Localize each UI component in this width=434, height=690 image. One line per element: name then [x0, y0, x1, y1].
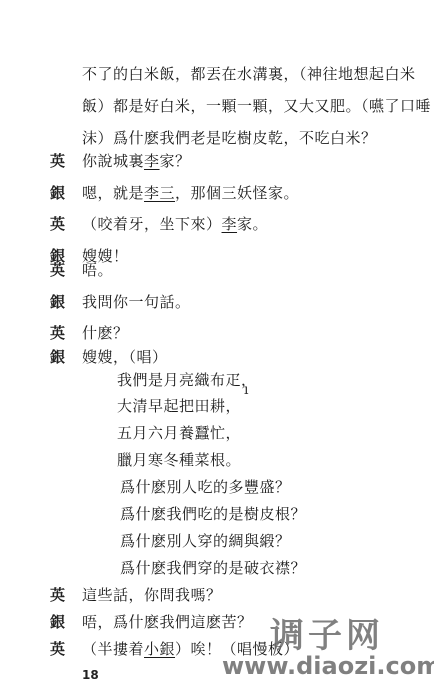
dialogue-text: 嗯，就是: [82, 184, 144, 202]
dialogue-text: ，那個三妖怪家。: [175, 184, 299, 202]
speaker-label: 英: [50, 260, 65, 280]
underlined-name: 李: [222, 215, 238, 233]
speaker-label: 銀: [50, 292, 65, 312]
verse-line-4: 臘月寒冬種菜根。: [117, 450, 241, 470]
verse-line-5: 爲什麽別人吃的多豐盛？: [120, 477, 291, 497]
watermark-url: www.diaozi.com: [222, 652, 434, 680]
dialogue-line: 嫂嫂，（唱）: [82, 347, 168, 367]
verse-line-1: 我們是月亮織布疋，: [117, 370, 257, 390]
dialogue-line: 你說城裏李家？: [82, 151, 191, 171]
dialogue-line: （咬着牙，坐下來）李家。: [82, 214, 268, 234]
speaker-label: 英: [50, 639, 65, 659]
dialogue-line: 什麽？: [82, 323, 129, 343]
speaker-label: 英: [50, 151, 65, 171]
page-number: 18: [82, 668, 99, 682]
dialogue-line: 唔，爲什麽我們這麽苦？: [82, 612, 253, 632]
score-page: 不了的白米飯，都丟在水溝裏，（神往地想起白米 飯）都是好白米，一顆一顆，又大又肥…: [0, 0, 434, 690]
dialogue-text: 家？: [160, 152, 191, 170]
dialogue-line: 嗯，就是李三，那個三妖怪家。: [82, 183, 299, 203]
verse-line-8: 爲什麽我們穿的是破衣襟？: [120, 558, 306, 578]
verse-line-2: 大清早起把田耕，: [117, 396, 241, 416]
dialogue-text: （咬着牙，坐下來）: [82, 215, 222, 233]
speaker-label: 英: [50, 323, 65, 343]
dialogue-line: 我問你一句話。: [82, 292, 191, 312]
watermark-logo-text: 调子网: [270, 608, 384, 657]
dialogue-text: 你說城裏: [82, 152, 144, 170]
speaker-label: 銀: [50, 612, 65, 632]
dialogue-line: 這些話，你問我嗎？: [82, 585, 222, 605]
verse-line-7: 爲什麽別人穿的綢與緞？: [120, 531, 291, 551]
underlined-name: 小銀: [144, 640, 175, 658]
speaker-label: 英: [50, 585, 65, 605]
verse-line-6: 爲什麽我們吃的是樹皮根？: [120, 504, 306, 524]
speaker-label: 銀: [50, 347, 65, 367]
dialogue-line: 唔。: [82, 260, 113, 280]
speaker-label: 英: [50, 214, 65, 234]
ink-mark: ı: [244, 382, 248, 398]
verse-line-3: 五月六月養蠶忙，: [117, 423, 241, 443]
underlined-name: 李: [144, 152, 160, 170]
prose-line-2: 飯）都是好白米，一顆一顆，又大又肥。（嚥了口唾: [82, 96, 431, 116]
dialogue-text: 家。: [237, 215, 268, 233]
speaker-label: 銀: [50, 183, 65, 203]
dialogue-text: （半摟着: [82, 640, 144, 658]
prose-line-3: 沫）爲什麽我們老是吃樹皮乾，不吃白米？: [82, 128, 377, 148]
underlined-name: 李三: [144, 184, 175, 202]
prose-line-1: 不了的白米飯，都丟在水溝裏，（神往地想起白米: [82, 64, 416, 84]
